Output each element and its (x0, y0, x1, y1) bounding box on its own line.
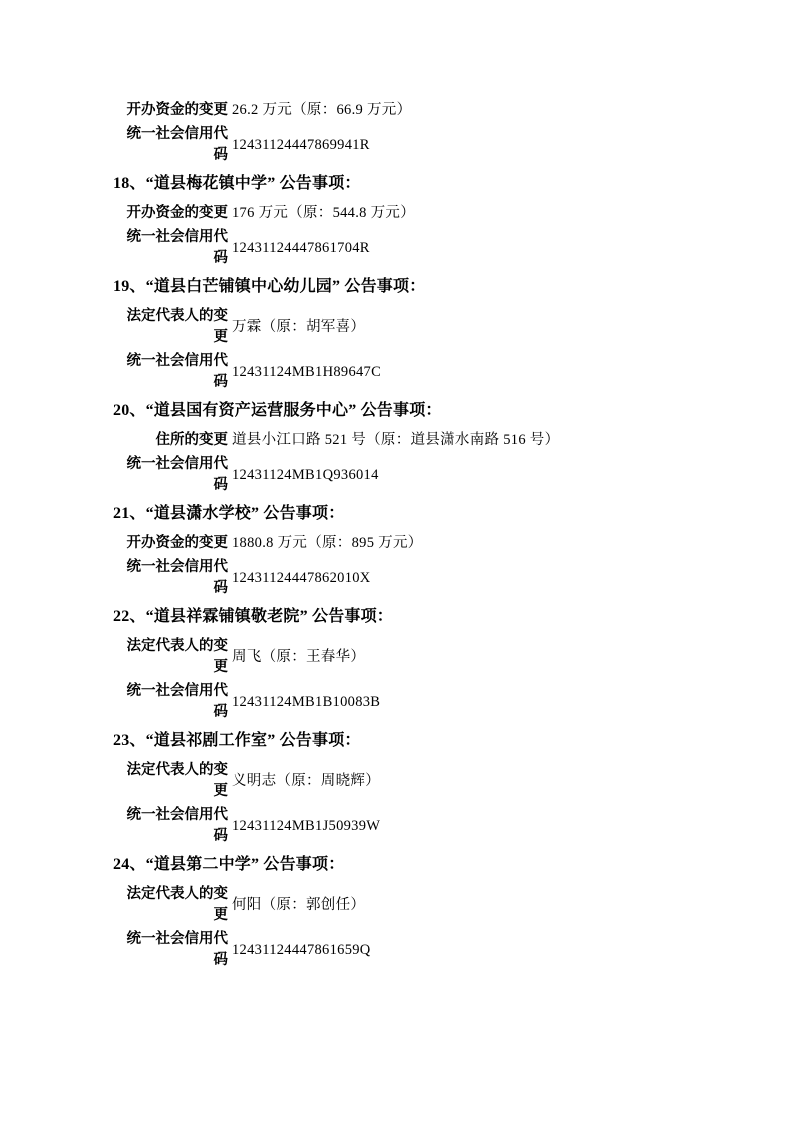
field-row: 统一社会信用代码12431124447861659Q (126, 929, 738, 971)
field-label: 开办资金的变更 (126, 533, 228, 554)
field-value: 万霖（原：胡军喜） (232, 317, 365, 338)
field-row: 统一社会信用代码12431124447861704R (126, 227, 738, 269)
field-label: 开办资金的变更 (126, 100, 228, 121)
field-value: 义明志（原：周晓辉） (232, 771, 380, 792)
field-row: 统一社会信用代码12431124447862010X (126, 557, 738, 599)
field-row: 统一社会信用代码12431124447869941R (126, 124, 738, 166)
field-row: 开办资金的变更1880.8 万元（原：895 万元） (126, 533, 738, 554)
announcement-section: 18、“道县梅花镇中学” 公告事项：开办资金的变更176 万元（原：544.8 … (113, 173, 738, 269)
field-row: 开办资金的变更26.2 万元（原：66.9 万元） (126, 100, 738, 121)
field-value: 12431124MB1H89647C (232, 362, 381, 383)
field-label: 法定代表人的变更 (126, 306, 228, 348)
field-label: 住所的变更 (126, 430, 228, 451)
document-page: 开办资金的变更26.2 万元（原：66.9 万元）统一社会信用代码1243112… (0, 0, 793, 1122)
field-label: 统一社会信用代码 (126, 557, 228, 599)
field-label: 统一社会信用代码 (126, 681, 228, 723)
announcement-section: 22、“道县祥霖铺镇敬老院” 公告事项：法定代表人的变更周飞（原：王春华）统一社… (113, 606, 738, 723)
field-row: 法定代表人的变更何阳（原：郭创任） (126, 884, 738, 926)
field-label: 法定代表人的变更 (126, 636, 228, 678)
section-heading: 22、“道县祥霖铺镇敬老院” 公告事项： (113, 606, 738, 627)
field-label: 开办资金的变更 (126, 203, 228, 224)
field-row: 统一社会信用代码12431124MB1Q936014 (126, 454, 738, 496)
field-value: 12431124MB1B10083B (232, 692, 380, 713)
field-row: 统一社会信用代码12431124MB1J50939W (126, 805, 738, 847)
field-row: 统一社会信用代码12431124MB1H89647C (126, 351, 738, 393)
section-heading: 23、“道县祁剧工作室” 公告事项： (113, 730, 738, 751)
field-row: 法定代表人的变更周飞（原：王春华） (126, 636, 738, 678)
field-value: 道县小江口路 521 号（原：道县潇水南路 516 号） (232, 430, 559, 451)
field-value: 12431124447869941R (232, 135, 370, 156)
announcement-section: 20、“道县国有资产运营服务中心” 公告事项：住所的变更道县小江口路 521 号… (113, 400, 738, 496)
announcement-section: 21、“道县潇水学校” 公告事项：开办资金的变更1880.8 万元（原：895 … (113, 503, 738, 599)
field-row: 住所的变更道县小江口路 521 号（原：道县潇水南路 516 号） (126, 430, 738, 451)
announcement-section: 24、“道县第二中学” 公告事项：法定代表人的变更何阳（原：郭创任）统一社会信用… (113, 854, 738, 971)
section-heading: 18、“道县梅花镇中学” 公告事项： (113, 173, 738, 194)
field-label: 统一社会信用代码 (126, 805, 228, 847)
field-value: 1880.8 万元（原：895 万元） (232, 533, 423, 554)
field-label: 统一社会信用代码 (126, 351, 228, 393)
field-row: 统一社会信用代码12431124MB1B10083B (126, 681, 738, 723)
field-label: 统一社会信用代码 (126, 929, 228, 971)
field-value: 26.2 万元（原：66.9 万元） (232, 100, 411, 121)
field-value: 周飞（原：王春华） (232, 647, 365, 668)
field-label: 法定代表人的变更 (126, 884, 228, 926)
field-value: 176 万元（原：544.8 万元） (232, 203, 415, 224)
section-heading: 20、“道县国有资产运营服务中心” 公告事项： (113, 400, 738, 421)
section-heading: 24、“道县第二中学” 公告事项： (113, 854, 738, 875)
section-heading: 19、“道县白芒铺镇中心幼儿园” 公告事项： (113, 276, 738, 297)
field-value: 12431124MB1Q936014 (232, 465, 379, 486)
section-heading: 21、“道县潇水学校” 公告事项： (113, 503, 738, 524)
field-value: 12431124447861659Q (232, 940, 371, 961)
field-label: 统一社会信用代码 (126, 124, 228, 166)
field-value: 12431124447861704R (232, 238, 370, 259)
field-row: 法定代表人的变更万霖（原：胡军喜） (126, 306, 738, 348)
document-content: 开办资金的变更26.2 万元（原：66.9 万元）统一社会信用代码1243112… (113, 100, 738, 971)
field-label: 统一社会信用代码 (126, 227, 228, 269)
field-row: 法定代表人的变更义明志（原：周晓辉） (126, 760, 738, 802)
announcement-section: 19、“道县白芒铺镇中心幼儿园” 公告事项：法定代表人的变更万霖（原：胡军喜）统… (113, 276, 738, 393)
announcement-section: 开办资金的变更26.2 万元（原：66.9 万元）统一社会信用代码1243112… (113, 100, 738, 166)
field-value: 何阳（原：郭创任） (232, 895, 365, 916)
field-value: 12431124MB1J50939W (232, 816, 380, 837)
field-label: 统一社会信用代码 (126, 454, 228, 496)
field-row: 开办资金的变更176 万元（原：544.8 万元） (126, 203, 738, 224)
field-label: 法定代表人的变更 (126, 760, 228, 802)
field-value: 12431124447862010X (232, 568, 371, 589)
announcement-section: 23、“道县祁剧工作室” 公告事项：法定代表人的变更义明志（原：周晓辉）统一社会… (113, 730, 738, 847)
